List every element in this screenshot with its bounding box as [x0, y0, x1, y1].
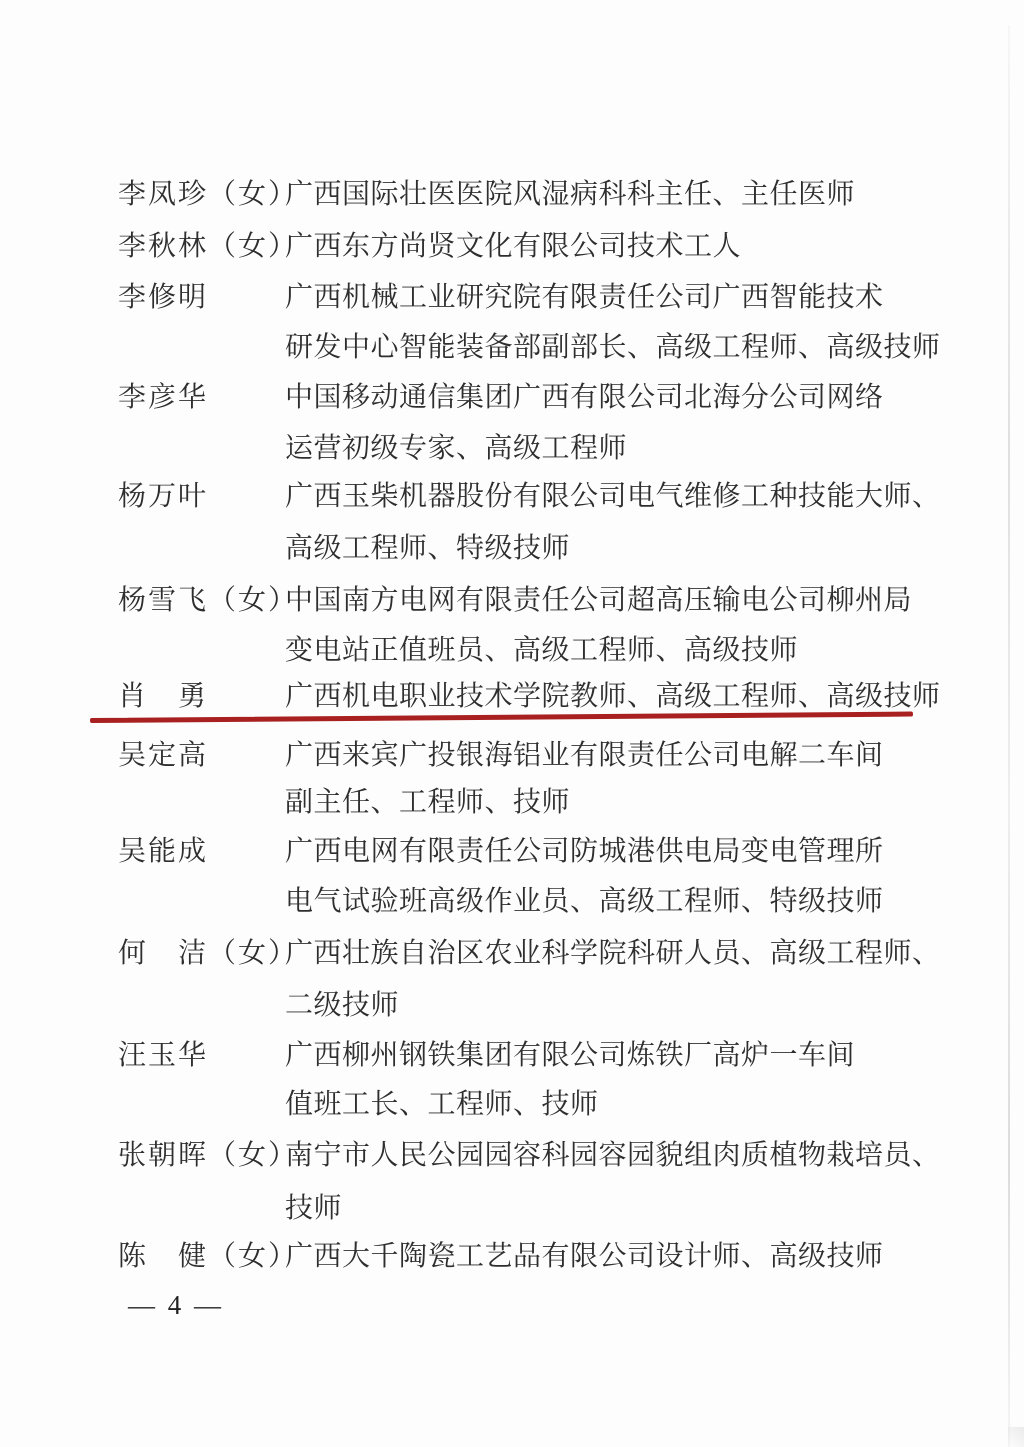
entry-line: 李凤珍（女）广西国际壮医医院风湿病科科主任、主任医师 [118, 178, 855, 212]
recipient-title: 二级技师 [285, 990, 399, 1021]
entry-line-continuation: 二级技师 [285, 989, 399, 1023]
entry-line: 汪玉华广西柳州钢铁集团有限公司炼铁厂高炉一车间 [118, 1039, 855, 1073]
entry-line: 李秋林（女）广西东方尚贤文化有限公司技术工人 [118, 230, 741, 264]
recipient-title: 广西电网有限责任公司防城港供电局变电管理所 [285, 836, 884, 867]
entry-line-continuation: 研发中心智能装备部副部长、高级工程师、高级技师 [285, 331, 941, 365]
recipient-name: 吴定高 [118, 739, 285, 773]
entry-line: 杨雪飞（女）中国南方电网有限责任公司超高压输电公司柳州局 [118, 584, 912, 618]
entry-line-continuation: 值班工长、工程师、技师 [285, 1088, 599, 1122]
recipient-title: 高级工程师、特级技师 [285, 533, 570, 564]
recipient-title: 值班工长、工程师、技师 [285, 1089, 599, 1120]
recipient-title: 研发中心智能装备部副部长、高级工程师、高级技师 [285, 332, 941, 363]
entry-line-continuation: 变电站正值班员、高级工程师、高级技师 [285, 634, 798, 668]
recipient-name: 肖 勇 [118, 680, 285, 714]
entry-line: 杨万叶广西玉柴机器股份有限公司电气维修工种技能大师、 [118, 480, 941, 514]
recipient-name: 张朝晖（女） [118, 1139, 285, 1173]
recipient-title: 广西东方尚贤文化有限公司技术工人 [285, 231, 741, 262]
entry-line: 李彦华中国移动通信集团广西有限公司北海分公司网络 [118, 381, 884, 415]
recipient-title: 运营初级专家、高级工程师 [285, 433, 627, 464]
recipient-title: 广西玉柴机器股份有限公司电气维修工种技能大师、 [285, 481, 941, 512]
recipient-title: 电气试验班高级作业员、高级工程师、特级技师 [285, 886, 884, 917]
recipient-name: 杨万叶 [118, 480, 285, 514]
recipient-title: 技师 [285, 1193, 342, 1224]
recipient-title: 广西来宾广投银海铝业有限责任公司电解二车间 [285, 740, 884, 771]
recipient-title: 变电站正值班员、高级工程师、高级技师 [285, 635, 798, 666]
recipient-title: 南宁市人民公园园容科园容园貌组肉质植物栽培员、 [285, 1140, 941, 1171]
recipient-title: 中国南方电网有限责任公司超高压输电公司柳州局 [285, 585, 912, 616]
recipient-title: 广西机电职业技术学院教师、高级工程师、高级技师 [285, 681, 941, 712]
entry-line-highlighted: 肖 勇广西机电职业技术学院教师、高级工程师、高级技师 [118, 680, 941, 714]
recipient-name: 李凤珍（女） [118, 178, 285, 212]
entry-line-continuation: 副主任、工程师、技师 [285, 786, 570, 820]
recipient-title: 广西大千陶瓷工艺品有限公司设计师、高级技师 [285, 1241, 884, 1272]
entry-line: 何 洁（女）广西壮族自治区农业科学院科研人员、高级工程师、 [118, 937, 941, 971]
scan-edge-artifact [1008, 25, 1010, 1447]
recipient-name: 杨雪飞（女） [118, 584, 285, 618]
recipient-name: 吴能成 [118, 835, 285, 869]
entry-line-continuation: 高级工程师、特级技师 [285, 532, 570, 566]
recipient-name: 李彦华 [118, 381, 285, 415]
recipient-name: 何 洁（女） [118, 937, 285, 971]
recipient-title: 广西国际壮医医院风湿病科科主任、主任医师 [285, 179, 855, 210]
recipient-name: 汪玉华 [118, 1039, 285, 1073]
entry-line-continuation: 电气试验班高级作业员、高级工程师、特级技师 [285, 885, 884, 919]
recipient-name: 李秋林（女） [118, 230, 285, 264]
recipient-title: 广西壮族自治区农业科学院科研人员、高级工程师、 [285, 938, 941, 969]
entry-line-continuation: 技师 [285, 1192, 342, 1226]
recipient-name: 李修明 [118, 281, 285, 315]
recipient-title: 中国移动通信集团广西有限公司北海分公司网络 [285, 382, 884, 413]
recipient-title: 广西机械工业研究院有限责任公司广西智能技术 [285, 282, 884, 313]
entry-line-continuation: 运营初级专家、高级工程师 [285, 432, 627, 466]
recipient-title: 广西柳州钢铁集团有限公司炼铁厂高炉一车间 [285, 1040, 855, 1071]
scan-corner-artifact [1008, 1427, 1024, 1447]
document-page: 李凤珍（女）广西国际壮医医院风湿病科科主任、主任医师 李秋林（女）广西东方尚贤文… [0, 0, 1024, 1447]
entry-line: 吴定高广西来宾广投银海铝业有限责任公司电解二车间 [118, 739, 884, 773]
recipient-title: 副主任、工程师、技师 [285, 787, 570, 818]
entry-line: 陈 健（女）广西大千陶瓷工艺品有限公司设计师、高级技师 [118, 1240, 884, 1274]
recipient-name: 陈 健（女） [118, 1240, 285, 1274]
page-number: — 4 — [128, 1290, 224, 1321]
entry-line: 张朝晖（女）南宁市人民公园园容科园容园貌组肉质植物栽培员、 [118, 1139, 941, 1173]
entry-line: 吴能成广西电网有限责任公司防城港供电局变电管理所 [118, 835, 884, 869]
entry-line: 李修明广西机械工业研究院有限责任公司广西智能技术 [118, 281, 884, 315]
